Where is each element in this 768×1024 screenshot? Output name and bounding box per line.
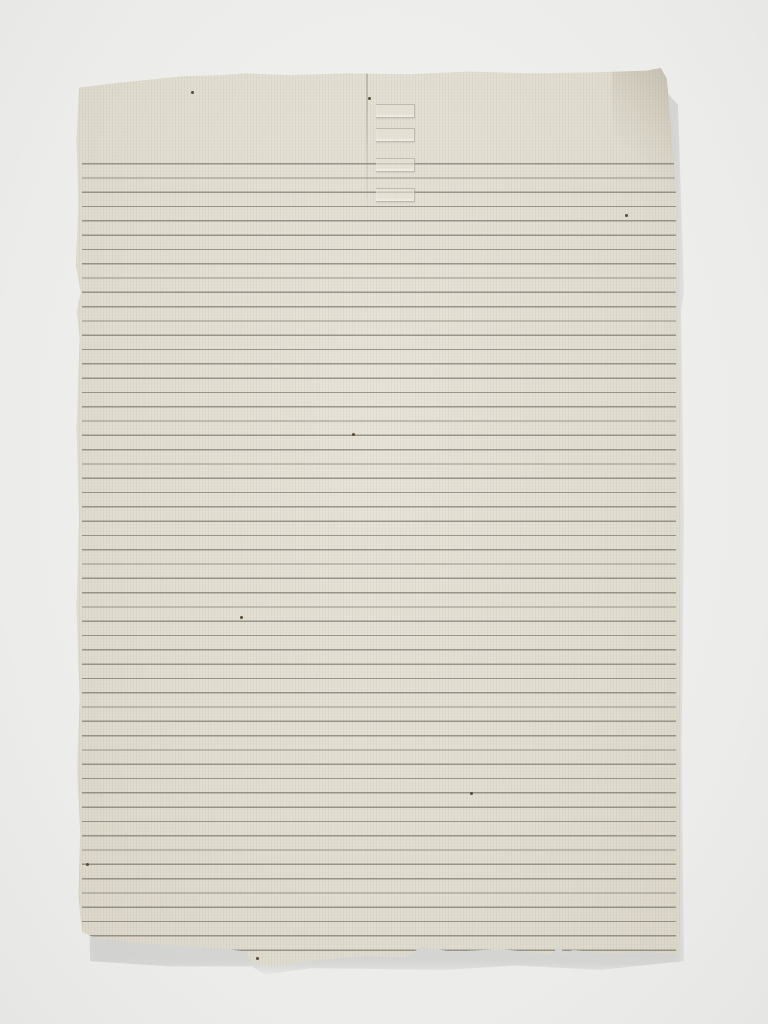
emboss-mark <box>376 158 415 172</box>
paper-speck <box>86 863 89 866</box>
paper-speck <box>256 957 259 960</box>
paper-speck <box>470 792 473 795</box>
emboss-mark <box>376 104 415 118</box>
paper-speck <box>352 433 355 436</box>
emboss-mark <box>376 128 415 142</box>
paper-speck <box>191 91 194 94</box>
ruled-lines <box>82 150 676 956</box>
paper-speck <box>368 97 371 100</box>
emboss-mark <box>376 188 415 202</box>
lined-paper-sheet <box>76 68 682 968</box>
paper-crease <box>366 68 368 218</box>
paper-speck <box>240 616 243 619</box>
paper-speck <box>625 214 628 217</box>
